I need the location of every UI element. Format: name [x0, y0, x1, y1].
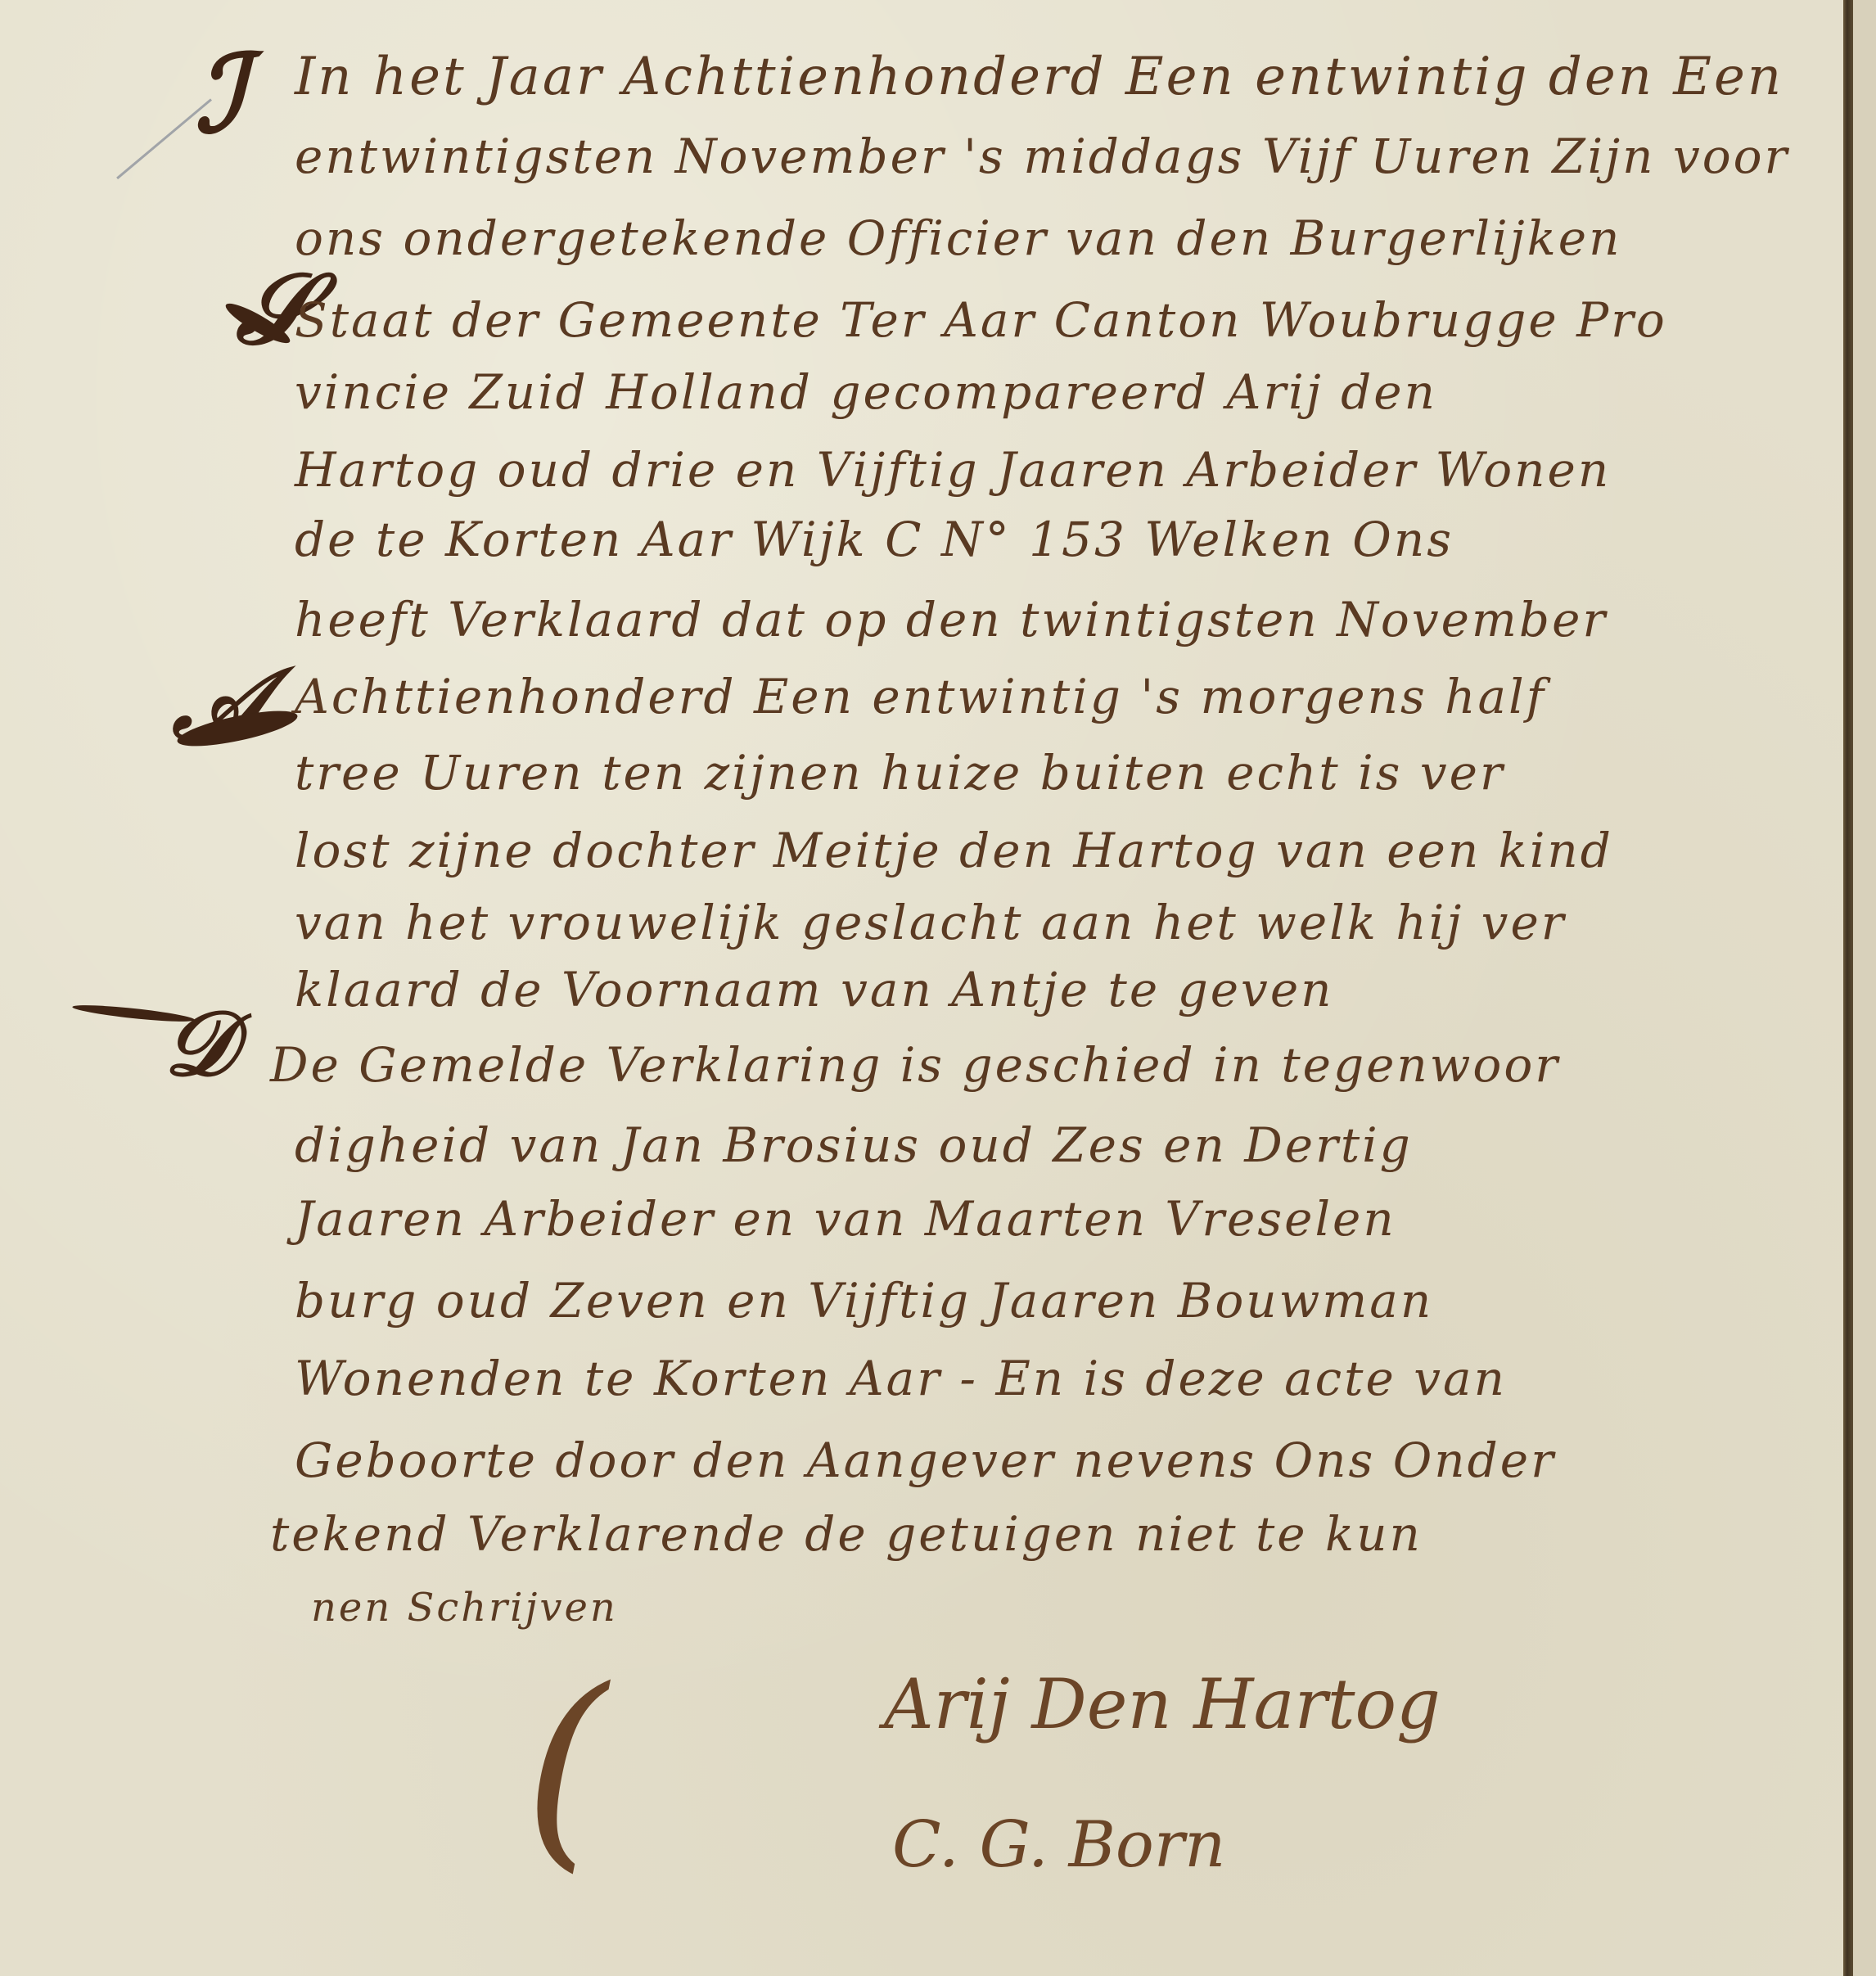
text-line-16: Jaaren Arbeider en van Maarten Vreselen: [295, 1195, 1396, 1243]
text-line-9: Achttienhonderd Een entwintig 's morgens…: [295, 673, 1546, 720]
signature-declarant: Arij Den Hartog: [884, 1670, 1441, 1739]
text-line-18: Wonenden te Korten Aar - En is deze acte…: [295, 1355, 1507, 1402]
text-line-20: tekend Verklarende de getuigen niet te k…: [270, 1510, 1423, 1558]
document-page: ℐ 𝒮 𝒜 𝒟 In het Jaar Achttienhonderd Een …: [0, 0, 1843, 1976]
text-line-7: de te Korten Aar Wijk C N° 153 Welken On…: [295, 516, 1454, 563]
page-edge-binding: [1843, 0, 1853, 1976]
backing-sheet: [1853, 0, 1876, 1976]
text-line-3: ons ondergetekende Officier van den Burg…: [295, 214, 1621, 262]
text-line-6: Hartog oud drie en Vijftig Jaaren Arbeid…: [295, 446, 1611, 494]
text-line-12: van het vrouwelijk geslacht aan het welk…: [295, 899, 1567, 946]
flourish-initial-D: 𝒟: [164, 999, 236, 1089]
text-line-21: nen Schrijven: [311, 1588, 618, 1627]
text-line-15: digheid van Jan Brosius oud Zes en Derti…: [295, 1121, 1413, 1169]
text-line-11: lost zijne dochter Meitje den Hartog van…: [295, 827, 1613, 874]
text-line-8: heeft Verklaard dat op den twintigsten N…: [295, 596, 1608, 643]
text-line-10: tree Uuren ten zijnen huize buiten echt …: [295, 749, 1505, 796]
flourish-initial-I: ℐ: [195, 41, 245, 147]
text-line-2: entwintigsten November 's middags Vijf U…: [295, 133, 1789, 180]
text-line-5: vincie Zuid Holland gecompareerd Arij de…: [295, 368, 1437, 416]
text-line-13: klaard de Voornaam van Antje te geven: [295, 966, 1334, 1013]
text-line-14: De Gemelde Verklaring is geschied in teg…: [270, 1041, 1560, 1089]
text-line-17: burg oud Zeven en Vijftig Jaaren Bouwman: [295, 1277, 1433, 1324]
text-line-1: In het Jaar Achttienhonderd Een entwinti…: [295, 51, 1784, 103]
text-line-19: Geboorte door den Aangever nevens Ons On…: [295, 1437, 1556, 1484]
flourish-curl: (: [524, 1662, 607, 1874]
text-line-4: Staat der Gemeente Ter Aar Canton Woubru…: [295, 296, 1667, 344]
signature-officer: C. G. Born: [892, 1813, 1225, 1877]
